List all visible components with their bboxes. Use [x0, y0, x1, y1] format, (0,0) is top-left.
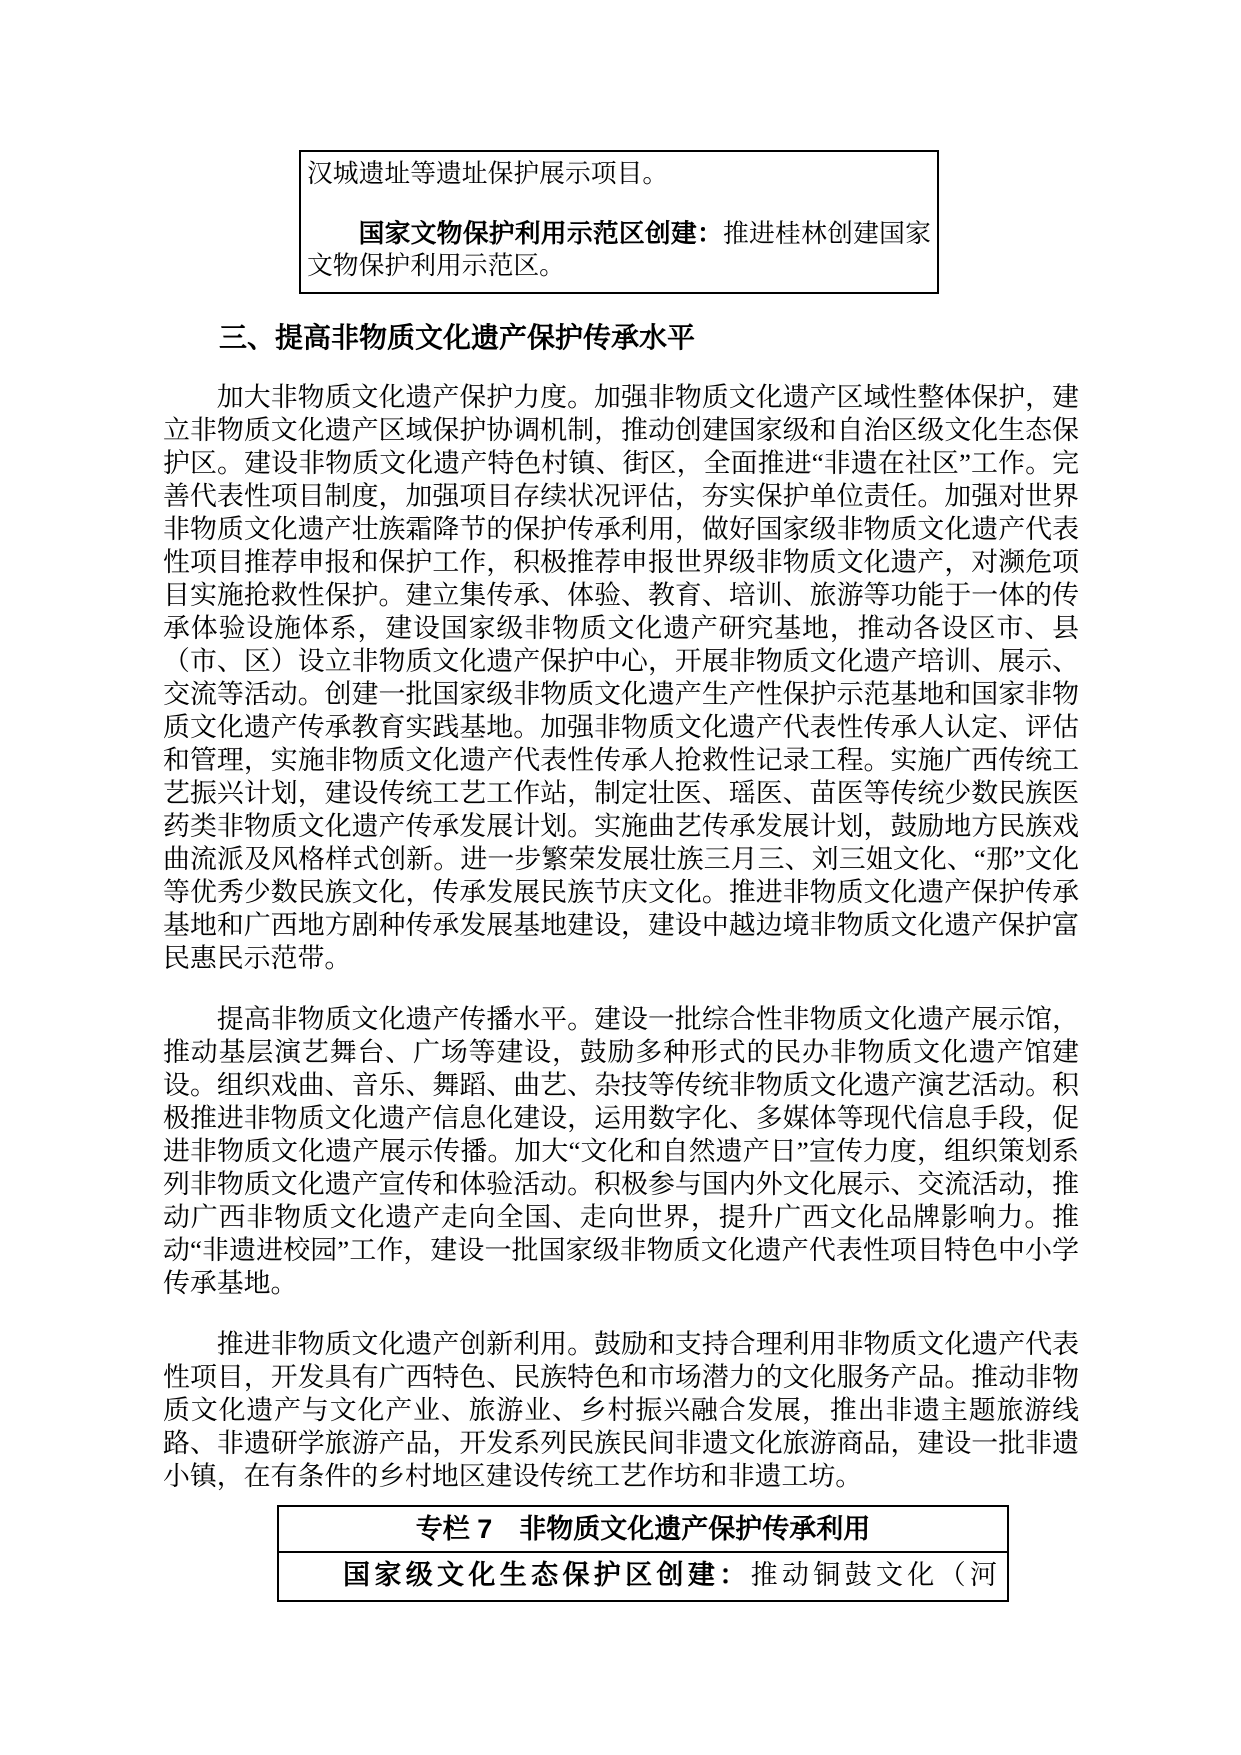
document-page: 汉城遗址等遗址保护展示项目。 国家文物保护利用示范区创建：推进桂林创建国家文物保… [0, 0, 1241, 1755]
column-box-6-continuation: 汉城遗址等遗址保护展示项目。 国家文物保护利用示范区创建：推进桂林创建国家文物保… [299, 150, 939, 294]
column-box-7: 专栏 7 非物质文化遗产保护传承利用 国家级文化生态保护区创建：推动铜鼓文化（河 [277, 1505, 1009, 1602]
eco-zone-item-text: 推动铜鼓文化（河 [751, 1560, 997, 1590]
demo-zone-item-label: 国家文物保护利用示范区创建： [359, 220, 723, 248]
eco-zone-item-label: 国家级文化生态保护区创建： [343, 1560, 751, 1590]
eco-zone-item: 国家级文化生态保护区创建：推动铜鼓文化（河 [279, 1553, 1007, 1600]
demo-zone-item: 国家文物保护利用示范区创建：推进桂林创建国家文物保护利用示范区。 [307, 218, 931, 282]
paragraph-protection: 加大非物质文化遗产保护力度。加强非物质文化遗产区域性整体保护，建立非物质文化遗产… [163, 381, 1079, 975]
paragraph-dissemination: 提高非物质文化遗产传播水平。建设一批综合性非物质文化遗产展示馆，推动基层演艺舞台… [163, 1003, 1079, 1300]
body-text: 加大非物质文化遗产保护力度。加强非物质文化遗产区域性整体保护，建立非物质文化遗产… [163, 381, 1079, 1521]
column-box-7-title: 专栏 7 非物质文化遗产保护传承利用 [279, 1507, 1007, 1553]
paragraph-innovative-use: 推进非物质文化遗产创新利用。鼓励和支持合理利用非物质文化遗产代表性项目，开发具有… [163, 1328, 1079, 1493]
section-heading: 三、提高非物质文化遗产保护传承水平 [163, 318, 1079, 358]
continuation-text: 汉城遗址等遗址保护展示项目。 [307, 158, 931, 190]
